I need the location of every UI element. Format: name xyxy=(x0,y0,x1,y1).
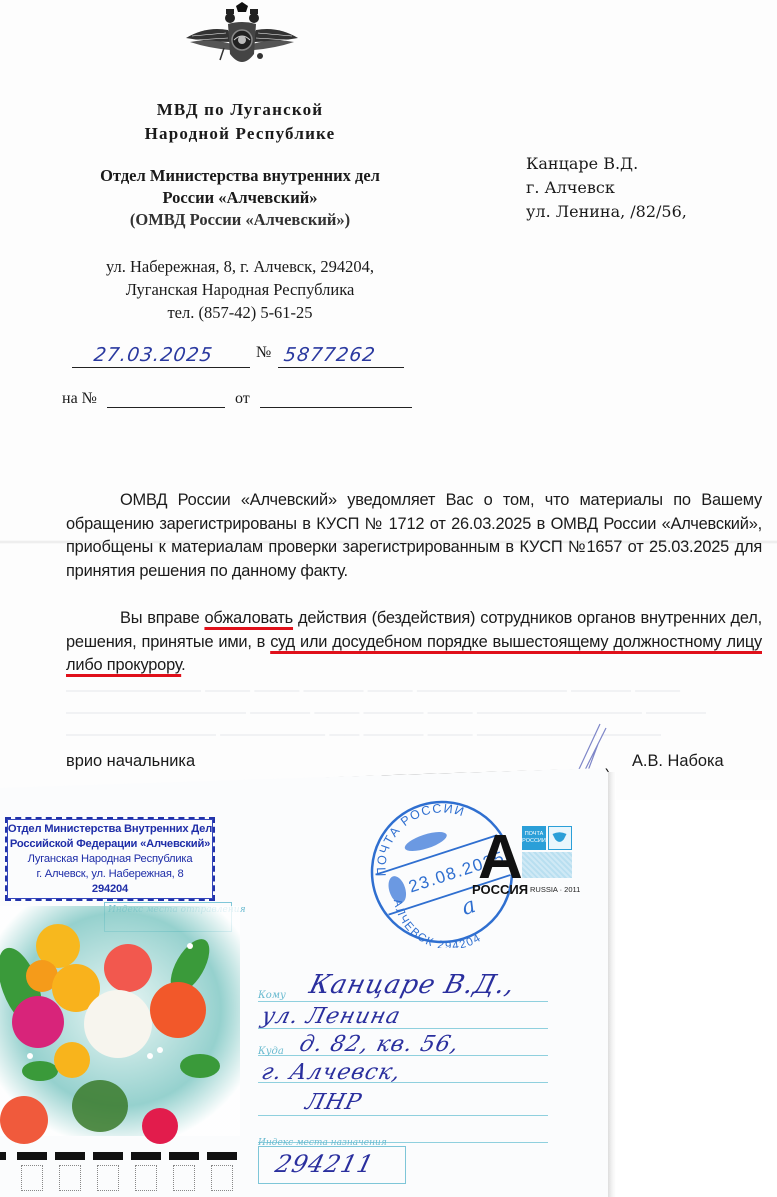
svg-text:а: а xyxy=(459,893,479,921)
sender-line: Луганская Народная Республика xyxy=(7,852,213,867)
ministry-header: МВД по Луганской Народной Республике xyxy=(40,98,440,146)
grid-marker xyxy=(93,1152,123,1160)
russian-post-logo: ПОЧТА РОССИИ xyxy=(522,826,546,850)
paragraph-text: Вы вправе xyxy=(120,609,204,627)
handwritten-recipient-name: Канцаре В.Д., xyxy=(306,970,518,1000)
postcode-cell xyxy=(173,1165,195,1191)
logo-text: ПОЧТА xyxy=(522,831,546,838)
recipient-name: Канцаре В.Д. xyxy=(526,152,687,176)
postcode-cell xyxy=(211,1165,233,1191)
recipient-city: г. Алчевск xyxy=(526,176,687,200)
underlined-appeal-word: обжаловать xyxy=(204,609,293,627)
sender-rubber-stamp: Отдел Министерства Внутренних Дел Россий… xyxy=(5,817,215,901)
envelope-right-edge xyxy=(608,772,616,1197)
address-phone: тел. (857-42) 5-61-25 xyxy=(40,301,440,324)
show-through-text: ————————— ——— ——— ———— ——— —————————— ——… xyxy=(66,680,706,746)
ministry-line-2: Народной Республике xyxy=(40,122,440,146)
registration-number-label: № xyxy=(256,344,271,374)
where-label: Куда xyxy=(258,1046,284,1057)
stamp-pattern xyxy=(522,852,572,878)
department-address: ул. Набережная, 8, г. Алчевск, 294204, Л… xyxy=(40,255,440,324)
grid-marker xyxy=(55,1152,85,1160)
postcode-cell xyxy=(97,1165,119,1191)
handwritten-city: г. Алчевск, xyxy=(259,1060,404,1085)
grid-marker xyxy=(169,1152,199,1160)
recipient-street: ул. Ленина, /82/56, xyxy=(526,200,687,224)
department-header: Отдел Министерства внутренних дел России… xyxy=(40,165,440,231)
signatory-name: А.В. Набока xyxy=(632,752,724,771)
notification-paragraph: ОМВД России «Алчевский» уведомляет Вас о… xyxy=(66,489,762,583)
postcode-cell xyxy=(21,1165,43,1191)
sender-line: Российской Федерации «Алчевский» xyxy=(7,837,213,852)
reply-number-blank xyxy=(107,392,225,408)
appeal-rights-paragraph: Вы вправе обжаловать действия (бездейств… xyxy=(66,607,762,678)
department-line-2: России «Алчевский» xyxy=(40,187,440,209)
handwritten-street: ул. Ленина xyxy=(259,1004,404,1029)
logo-text: РОССИИ xyxy=(522,838,546,845)
recipient-block: Канцаре В.Д. г. Алчевск ул. Ленина, /82/… xyxy=(526,152,687,224)
flower-bouquet-illustration xyxy=(0,906,240,1146)
registration-date-field: 27.03.2025 xyxy=(72,338,250,368)
handwritten-house: д. 82, кв. 56, xyxy=(297,1032,462,1057)
reply-date-label: от xyxy=(235,390,250,407)
registration-number-field: 5877262 xyxy=(278,338,404,368)
official-letter: МВД по Луганской Народной Республике Отд… xyxy=(0,0,777,800)
mvd-eagle-emblem-icon xyxy=(176,2,308,72)
handwritten-number: 5877262 xyxy=(282,344,377,366)
postcode-cell xyxy=(135,1165,157,1191)
address-street: ул. Набережная, 8, г. Алчевск, 294204, xyxy=(40,255,440,278)
sender-postcode: 294204 xyxy=(7,882,213,897)
ministry-line-1: МВД по Луганской xyxy=(40,98,440,122)
grid-marker xyxy=(131,1152,161,1160)
handwritten-region: ЛНР xyxy=(303,1090,365,1115)
to-line xyxy=(258,1001,548,1002)
reply-number-label: на № xyxy=(62,390,97,407)
reply-date-blank xyxy=(260,392,412,408)
paragraph-text: . xyxy=(181,656,185,674)
department-short-name: (ОМВД России «Алчевский») xyxy=(40,209,440,231)
eagle-emblem-icon xyxy=(548,826,572,850)
handwritten-postcode: 294211 xyxy=(273,1150,378,1178)
to-label: Кому xyxy=(258,990,286,1001)
postcode-grid xyxy=(0,1152,240,1197)
postage-country: РОССИЯ xyxy=(472,882,528,897)
postage-caption: RUSSIA · 2011 xyxy=(530,885,580,894)
grid-marker xyxy=(17,1152,47,1160)
sender-line: Отдел Министерства Внутренних Дел xyxy=(7,822,213,837)
grid-marker xyxy=(207,1152,237,1160)
sender-line: г. Алчевск, ул. Набережная, 8 xyxy=(7,867,213,882)
postage-letter-a: А xyxy=(478,830,523,886)
reply-reference-line: на № от xyxy=(62,390,412,408)
grid-marker xyxy=(0,1152,6,1160)
address-region: Луганская Народная Республика xyxy=(40,278,440,301)
handwritten-date: 27.03.2025 xyxy=(92,344,214,366)
department-line-1: Отдел Министерства внутренних дел xyxy=(40,165,440,187)
paragraph-text: ОМВД России «Алчевский» уведомляет Вас о… xyxy=(66,491,762,580)
where-line-3 xyxy=(258,1115,548,1116)
postcode-cell xyxy=(59,1165,81,1191)
